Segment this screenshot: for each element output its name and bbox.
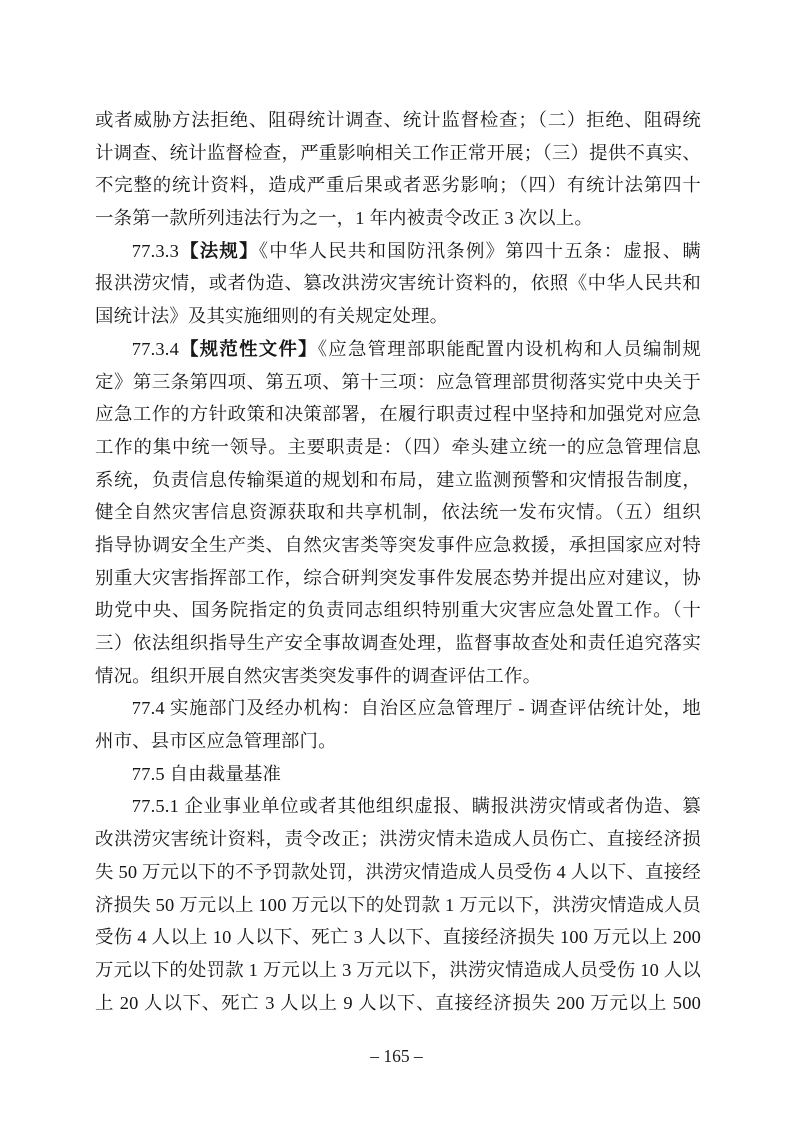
text-line: 77.5.1 企业事业单位或者其他组织虚报、瞒报洪涝灾情或者伪造、篡 <box>95 790 701 823</box>
text-line: 助党中央、国务院指定的负责同志组织特别重大灾害应急处置工作。（十 <box>95 594 701 627</box>
text-line: 别重大灾害指挥部工作，综合研判突发事件发展态势并提出应对建议，协 <box>95 562 701 595</box>
normative-doc-label: 【规范性文件】 <box>179 338 318 359</box>
text-line: 或者威胁方法拒绝、阻碍统计调查、统计监督检查；（二）拒绝、阻碍统 <box>95 104 701 137</box>
text-line: 系统，负责信息传输渠道的规划和布局，建立监测预警和灾情报告制度， <box>95 464 701 497</box>
clause-text: 《应急管理部职能配置内设机构和人员编制规 <box>318 339 701 359</box>
text-line: 一条第一款所列违法行为之一，1 年内被责令改正 3 次以上。 <box>95 202 701 235</box>
text-line: 州市、县市区应急管理部门。 <box>95 725 701 758</box>
page-number: – 165 – <box>0 1043 793 1069</box>
text-line: 指导协调安全生产类、自然灾害类等突发事件应急救援，承担国家应对特 <box>95 529 701 562</box>
text-line: 失 50 万元以下的不予罚款处罚，洪涝灾情造成人员受伤 4 人以下、直接经 <box>95 856 701 889</box>
text-line: 77.5 自由裁量基准 <box>95 758 701 791</box>
text-line: 77.4 实施部门及经办机构：自治区应急管理厅 - 调查评估统计处，地 <box>95 692 701 725</box>
text-line: 受伤 4 人以上 10 人以下、死亡 3 人以下、直接经济损失 100 万元以上… <box>95 921 701 954</box>
clause-number: 77.3.4 <box>132 339 179 359</box>
text-line: 应急工作的方针政策和决策部署，在履行职责过程中坚持和加强党对应急 <box>95 398 701 431</box>
clause-text: 《中华人民共和国防汛条例》第四十五条：虚报、瞒 <box>259 241 701 261</box>
clause-number: 77.3.3 <box>132 241 179 261</box>
text-line: 不完整的统计资料，造成严重后果或者恶劣影响；（四）有统计法第四十 <box>95 169 701 202</box>
text-line: 改洪涝灾害统计资料，责令改正；洪涝灾情未造成人员伤亡、直接经济损 <box>95 823 701 856</box>
text-line: 上 20 人以下、死亡 3 人以上 9 人以下、直接经济损失 200 万元以上 … <box>95 987 701 1020</box>
text-line: 工作的集中统一领导。主要职责是：（四）牵头建立统一的应急管理信息 <box>95 431 701 464</box>
text-line: 情况。组织开展自然灾害类突发事件的调查评估工作。 <box>95 660 701 693</box>
text-line: 三）依法组织指导生产安全事故调查处理，监督事故查处和责任追究落实 <box>95 627 701 660</box>
text-line: 计调查、统计监督检查，严重影响相关工作正常开展；（三）提供不真实、 <box>95 137 701 170</box>
page-text-block: 或者威胁方法拒绝、阻碍统计调查、统计监督检查；（二）拒绝、阻碍统 计调查、统计监… <box>95 104 701 1019</box>
text-line: 国统计法》及其实施细则的有关规定处理。 <box>95 300 701 333</box>
text-line: 健全自然灾害信息资源获取和共享机制，依法统一发布灾情。（五）组织 <box>95 496 701 529</box>
text-line: 定》第三条第四项、第五项、第十三项：应急管理部贯彻落实党中央关于 <box>95 366 701 399</box>
text-line: 万元以下的处罚款 1 万元以上 3 万元以下，洪涝灾情造成人员受伤 10 人以 <box>95 954 701 987</box>
document-page: 或者威胁方法拒绝、阻碍统计调查、统计监督检查；（二）拒绝、阻碍统 计调查、统计监… <box>0 0 793 1122</box>
text-line: 77.3.3【法规】《中华人民共和国防汛条例》第四十五条：虚报、瞒 <box>95 235 701 268</box>
statute-label: 【法规】 <box>179 240 259 261</box>
text-line: 济损失 50 万元以上 100 万元以下的处罚款 1 万元以下，洪涝灾情造成人员 <box>95 889 701 922</box>
text-line: 报洪涝灾情，或者伪造、篡改洪涝灾害统计资料的，依照《中华人民共和 <box>95 267 701 300</box>
text-line: 77.3.4【规范性文件】《应急管理部职能配置内设机构和人员编制规 <box>95 333 701 366</box>
